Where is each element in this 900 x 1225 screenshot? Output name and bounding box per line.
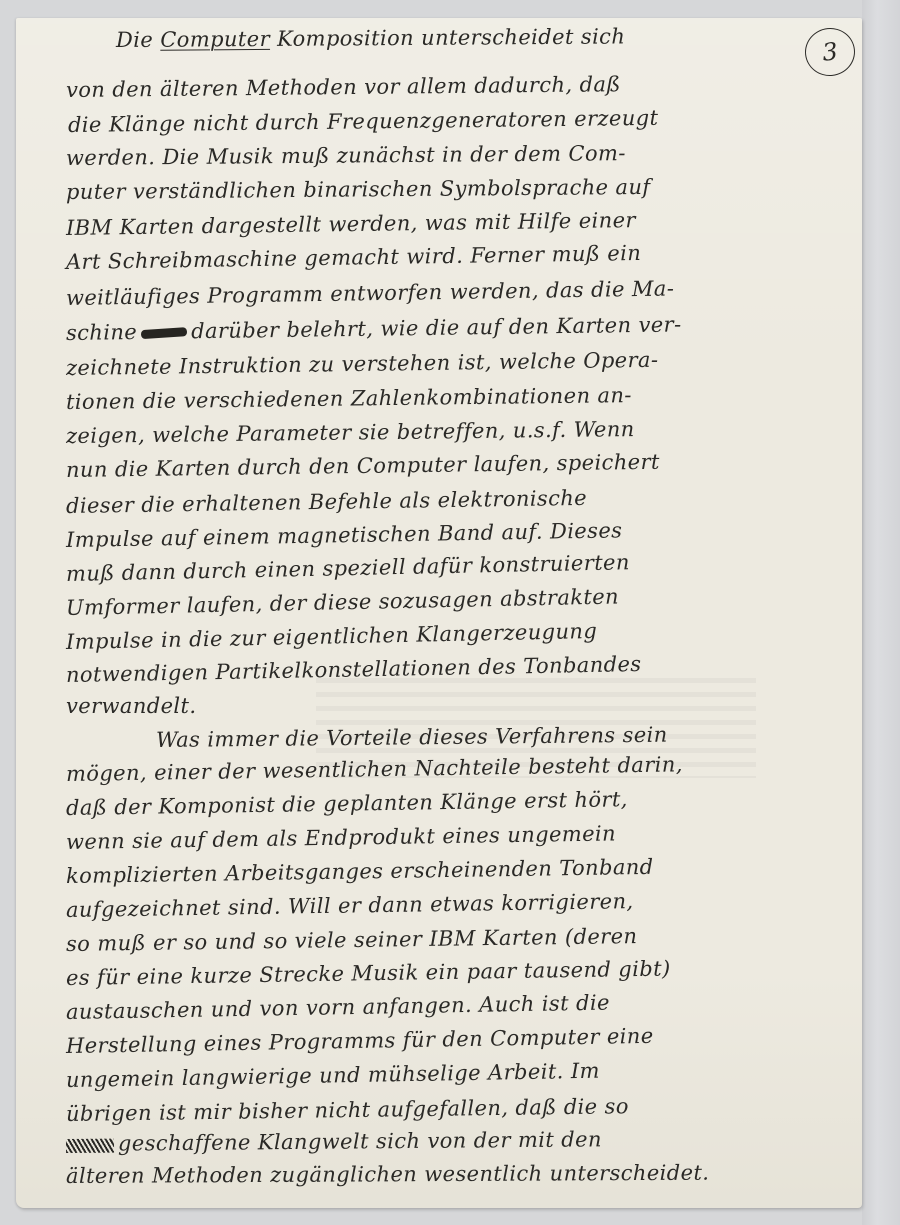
line-text: Die (116, 28, 160, 52)
manuscript-line: Art Schreibmaschine gemacht wird. Ferner… (66, 241, 642, 274)
line-text: übrigen ist mir bisher nicht aufgefallen… (66, 1094, 629, 1126)
line-text: verwandelt. (66, 694, 196, 718)
line-text: älteren Methoden zugänglichen wesentlich… (66, 1161, 709, 1188)
line-text: IBM Karten dargestellt werden, was mit H… (66, 208, 636, 240)
scan-backdrop (862, 0, 900, 1225)
manuscript-line: die Klänge nicht durch Frequenzgenerator… (68, 106, 659, 137)
manuscript-line: notwendigen Partikelkonstellationen des … (66, 652, 642, 687)
line-text: komplizierten Arbeitsganges erscheinende… (66, 855, 654, 888)
underlined-word: Computer (160, 27, 270, 52)
manuscript-line: daß der Komponist die geplanten Klänge e… (66, 787, 628, 820)
line-text: Was immer die Vorteile dieses Verfahrens… (156, 723, 668, 752)
line-text: werden. Die Musik muß zunächst in der de… (66, 141, 626, 170)
scribbled-out-word (66, 1138, 114, 1152)
line-text: geschaffene Klangwelt sich von der mit d… (118, 1127, 602, 1155)
manuscript-line: älteren Methoden zugänglichen wesentlich… (66, 1161, 709, 1188)
line-text: Impulse auf einem magnetischen Band auf.… (66, 518, 623, 552)
manuscript-line: nun die Karten durch den Computer laufen… (66, 450, 660, 482)
line-text: Umformer laufen, der diese sozusagen abs… (66, 584, 619, 620)
line-text: puter verständlichen binarischen Symbols… (66, 175, 651, 204)
manuscript-line: ungemein langwierige und mühselige Arbei… (66, 1059, 600, 1092)
line-text: ungemein langwierige und mühselige Arbei… (66, 1059, 600, 1092)
manuscript-line: es für eine kurze Strecke Musik ein paar… (66, 957, 671, 990)
manuscript-line: Umformer laufen, der diese sozusagen abs… (66, 584, 619, 620)
line-text: es für eine kurze Strecke Musik ein paar… (66, 957, 671, 990)
line-text: wenn sie auf dem als Endprodukt eines un… (66, 821, 616, 854)
manuscript-line: von den älteren Methoden vor allem dadur… (66, 72, 621, 102)
page-number-circled: 3 (803, 26, 858, 79)
line-text: dieser die erhaltenen Befehle als elektr… (66, 486, 587, 518)
line-text: notwendigen Partikelkonstellationen des … (66, 652, 642, 687)
line-text: austauschen und von vorn anfangen. Auch … (66, 991, 610, 1024)
manuscript-line: muß dann durch einen speziell dafür kons… (66, 550, 630, 586)
manuscript-line: Die Computer Komposition unterscheidet s… (116, 24, 625, 52)
line-text: weitläufiges Programm entworfen werden, … (66, 276, 675, 310)
line-text: zeichnete Instruktion zu verstehen ist, … (66, 348, 659, 380)
manuscript-line: puter verständlichen binarischen Symbols… (66, 175, 651, 204)
line-text: darüber belehrt, wie die auf den Karten … (191, 312, 682, 343)
line-text: Impulse in die zur eigentlichen Klangerz… (66, 619, 598, 654)
manuscript-line: geschaffene Klangwelt sich von der mit d… (66, 1127, 602, 1156)
manuscript-line: so muß er so und so viele seiner IBM Kar… (66, 924, 638, 956)
manuscript-line: weitläufiges Programm entworfen werden, … (66, 276, 675, 310)
manuscript-line: zeigen, welche Parameter sie betreffen, … (66, 417, 635, 448)
line-text: Komposition unterscheidet sich (270, 24, 625, 50)
line-text: von den älteren Methoden vor allem dadur… (66, 72, 621, 102)
line-text: so muß er so und so viele seiner IBM Kar… (66, 924, 638, 956)
manuscript-line: werden. Die Musik muß zunächst in der de… (66, 141, 626, 170)
manuscript-line: übrigen ist mir bisher nicht aufgefallen… (66, 1094, 629, 1126)
manuscript-page: 3 Die Computer Komposition unterscheidet… (16, 18, 862, 1208)
line-text: aufgezeichnet sind. Will er dann etwas k… (66, 889, 634, 922)
manuscript-line: zeichnete Instruktion zu verstehen ist, … (66, 348, 659, 380)
manuscript-line: aufgezeichnet sind. Will er dann etwas k… (66, 889, 634, 922)
struck-out-word (141, 327, 187, 339)
manuscript-line: komplizierten Arbeitsganges erscheinende… (66, 855, 654, 888)
line-text: schine (66, 320, 137, 345)
line-text: Art Schreibmaschine gemacht wird. Ferner… (66, 241, 642, 274)
manuscript-line: dieser die erhaltenen Befehle als elektr… (66, 486, 587, 518)
manuscript-line: mögen, einer der wesentlichen Nachteile … (66, 752, 683, 786)
manuscript-line: Was immer die Vorteile dieses Verfahrens… (156, 723, 668, 752)
line-text: tionen die verschiedenen Zahlenkombinati… (66, 383, 632, 414)
manuscript-line: Herstellung eines Programms für den Comp… (66, 1024, 654, 1058)
manuscript-line: tionen die verschiedenen Zahlenkombinati… (66, 383, 632, 414)
page-number-label: 3 (821, 37, 839, 66)
manuscript-line: Impulse auf einem magnetischen Band auf.… (66, 518, 623, 552)
line-text: nun die Karten durch den Computer laufen… (66, 450, 660, 482)
line-text: die Klänge nicht durch Frequenzgenerator… (68, 106, 659, 137)
line-text: muß dann durch einen speziell dafür kons… (66, 550, 630, 586)
line-text: daß der Komponist die geplanten Klänge e… (66, 787, 628, 820)
line-text: mögen, einer der wesentlichen Nachteile … (66, 752, 683, 786)
manuscript-line: wenn sie auf dem als Endprodukt eines un… (66, 821, 616, 854)
manuscript-line: schinedarüber belehrt, wie die auf den K… (66, 312, 682, 345)
manuscript-line: austauschen und von vorn anfangen. Auch … (66, 991, 610, 1024)
manuscript-line: verwandelt. (66, 694, 196, 718)
manuscript-line: IBM Karten dargestellt werden, was mit H… (66, 208, 636, 240)
line-text: Herstellung eines Programms für den Comp… (66, 1024, 654, 1058)
line-text: zeigen, welche Parameter sie betreffen, … (66, 417, 635, 448)
manuscript-line: Impulse in die zur eigentlichen Klangerz… (66, 619, 598, 654)
